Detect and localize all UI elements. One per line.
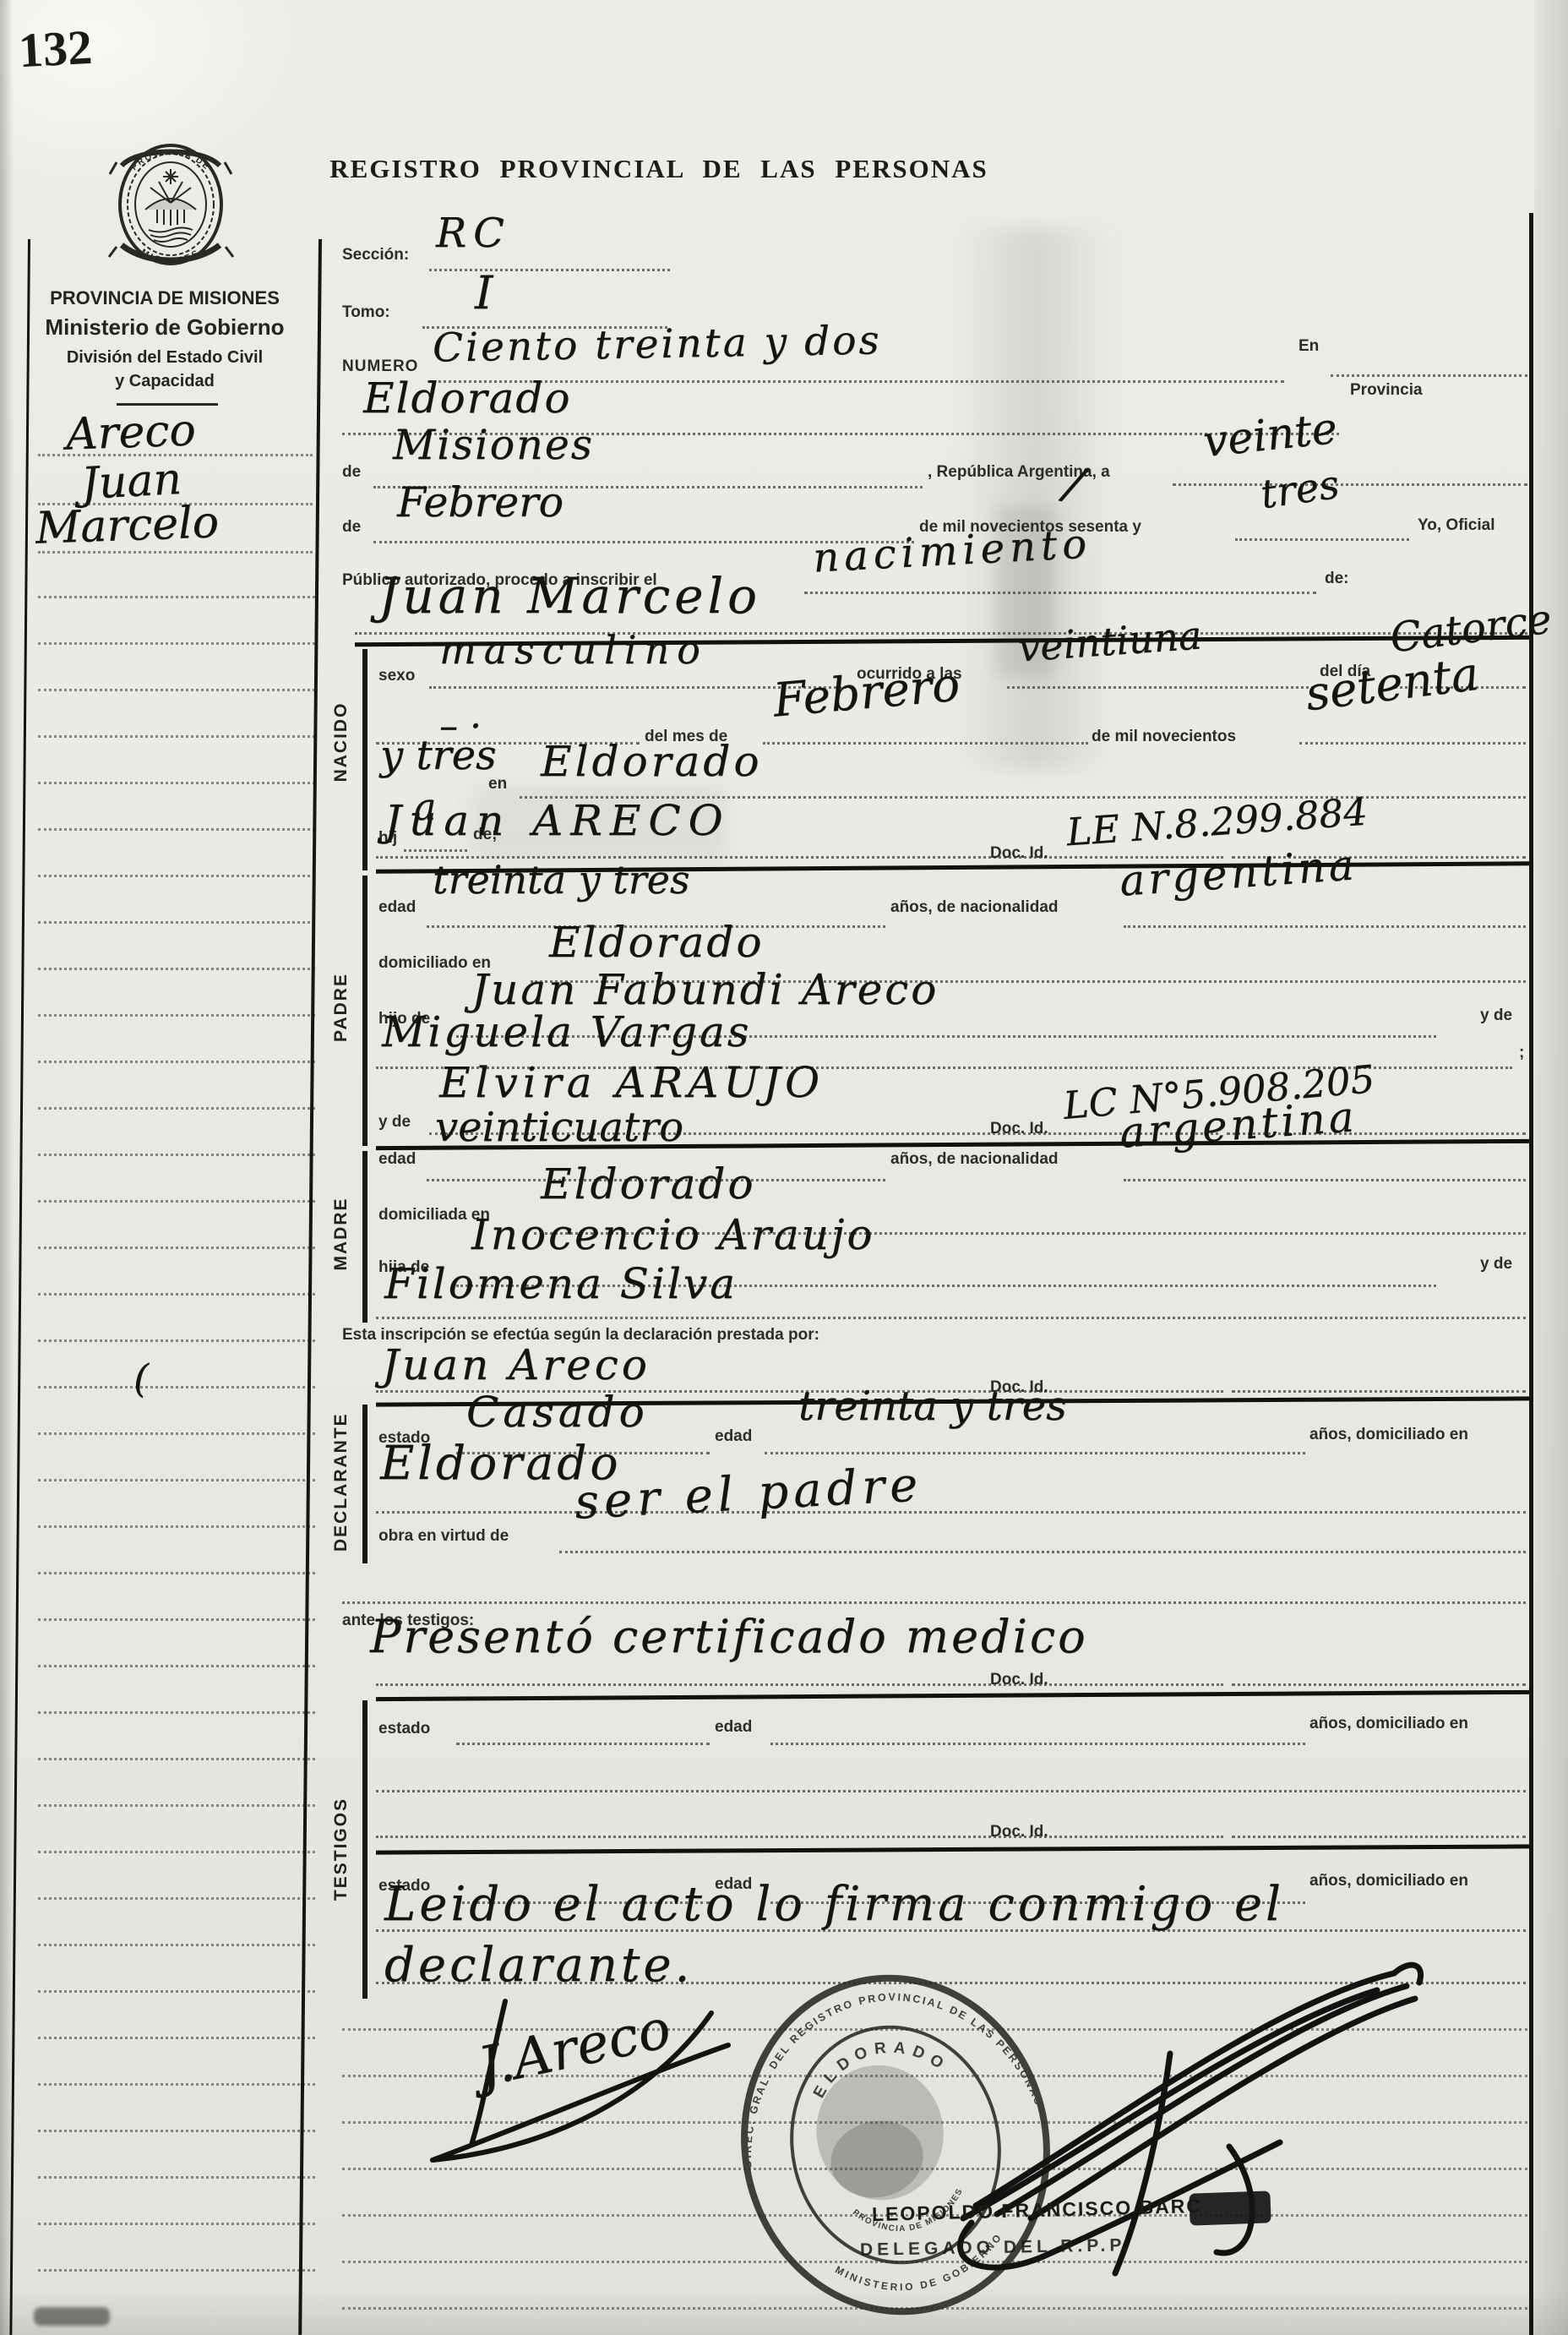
section-testigos: TESTIGOS: [331, 1790, 351, 1908]
ruled-line: [38, 921, 315, 924]
text: PROVINCIA DE: [129, 148, 211, 172]
sidebar-division2: y Capacidad: [25, 372, 304, 391]
dots: [456, 1743, 710, 1745]
declarante-nombre: Juan Areco: [382, 1344, 651, 1386]
dots: [1232, 1390, 1526, 1393]
ruled-line: [38, 1479, 315, 1481]
inscripto-nombre: Juan Marcelo: [378, 571, 761, 620]
labels-y_de: y de: [1480, 1256, 1512, 1272]
hora-value: veintiuna: [1017, 615, 1203, 667]
lugar-value: Eldorado: [363, 377, 571, 419]
seal-bottom-text: MISIONES: [139, 247, 203, 266]
ruled-line: [38, 1293, 315, 1296]
abuela-materna: Filomena Silva: [384, 1263, 738, 1305]
labels-doc_id: Doc. Id.: [990, 845, 1048, 861]
ruled-line: [38, 1897, 315, 1900]
dots: [1007, 686, 1314, 689]
labels-estado: estado: [378, 1721, 430, 1737]
section-declarante: DECLARANTE: [331, 1416, 351, 1552]
labels-de: de: [342, 464, 361, 480]
dots: [1235, 538, 1409, 541]
ruled-line: [38, 1154, 315, 1156]
section-madre: MADRE: [331, 1175, 351, 1293]
bracket-declarante: [362, 1405, 367, 1563]
dots: [404, 849, 467, 852]
ruled-line: [38, 1247, 315, 1249]
section-nacido: NACIDO: [331, 683, 351, 801]
numero-value: Ciento treinta y dos: [433, 320, 882, 368]
sidebar-province: PROVINCIA DE MISIONES: [25, 287, 304, 309]
page-number: 132: [17, 19, 93, 79]
ruled-line: [38, 828, 315, 831]
right-page-border: [1529, 213, 1533, 2335]
mes-value: Febrero: [397, 482, 563, 523]
sexo-value: masculino: [439, 630, 708, 669]
labels-provincia: Provincia: [1350, 382, 1423, 398]
labels-edad: edad: [715, 1719, 752, 1735]
scan-left-edge: [0, 0, 14, 2335]
labels-numero: NUMERO: [342, 358, 418, 374]
dots: [376, 1683, 1223, 1686]
text: MISIONES: [139, 247, 203, 266]
abuela-paterna: Miguela Vargas: [382, 1011, 751, 1053]
dots: [429, 269, 670, 271]
ruled-line: [38, 1711, 315, 1714]
bracket-padre: [362, 876, 367, 1146]
ruled-line: [38, 642, 315, 645]
padre-edad: treinta y tres: [433, 860, 689, 899]
ruled-line: [38, 1804, 315, 1807]
labels-obra: obra en virtud de: [378, 1528, 509, 1544]
labels-y_de: y de: [1480, 1007, 1512, 1023]
labels-tomo: Tomo:: [342, 304, 390, 320]
ruled-line: [38, 1339, 315, 1342]
margin-pen-mark: (: [133, 1359, 149, 1398]
path: [1031, 1999, 1415, 2218]
padre-domicilio: Eldorado: [549, 921, 764, 963]
ruled-line: [38, 2037, 315, 2039]
path: [145, 199, 196, 210]
ruled-line: [38, 596, 315, 598]
sidebar-left-border: [9, 239, 30, 2335]
declarante-edad: treinta y tres: [798, 1386, 1067, 1427]
ruled-line: [38, 1432, 315, 1435]
ruled-line: [38, 735, 315, 738]
mes-nac-value: Febrero: [771, 661, 961, 723]
section-padre: PADRE: [331, 948, 351, 1067]
dots: [376, 1790, 1526, 1792]
ruled-line: [38, 1665, 315, 1667]
scanned-birth-certificate: 132 REGISTRO PROVINCIAL DE LAS PERSONAS …: [0, 0, 1568, 2335]
ruled-line: [38, 2083, 315, 2086]
ruled-line: [38, 1386, 315, 1388]
dots: [376, 1317, 1526, 1319]
labels-y_de: y de: [378, 1114, 411, 1130]
labels-doc_id: Doc. Id.: [990, 1672, 1048, 1688]
declarante-estado: Casado: [466, 1391, 649, 1433]
lugar-nac-value: Eldorado: [541, 740, 762, 783]
labels-anos_dom: años, domiciliado en: [1309, 1873, 1468, 1889]
ruled-line: [38, 1525, 315, 1528]
ruled-line: [38, 2130, 315, 2132]
rule-testigos2: [376, 1844, 1529, 1854]
labels-de2: de:: [1325, 570, 1349, 586]
labels-en: En: [1298, 338, 1319, 354]
sidebar-ministry: Ministerio de Gobierno: [21, 314, 308, 341]
dots: [763, 742, 1088, 745]
labels-sexo: sexo: [378, 668, 415, 684]
labels-doc_id: Doc. Id.: [990, 1121, 1048, 1137]
dia-value: veinte: [1201, 407, 1339, 464]
dots: [342, 1601, 1526, 1604]
seal-top-text: PROVINCIA DE: [129, 148, 211, 172]
rule-testigos1: [376, 1690, 1529, 1701]
coat-of-arms-icon: PROVINCIA DE MISIONES: [106, 135, 235, 277]
declarante-obra: ser el padre: [574, 1461, 924, 1527]
labels-doc_id: Doc. Id.: [990, 1824, 1048, 1840]
labels-edad: edad: [378, 899, 416, 915]
labels-yo_oficial: Yo, Oficial: [1418, 517, 1495, 533]
path: [1394, 1965, 1421, 1983]
ruled-line: [38, 1618, 315, 1621]
dots: [1331, 374, 1527, 377]
g: [961, 1965, 1421, 2273]
dots: [1173, 483, 1527, 486]
labels-anos_dom: años, domiciliado en: [1309, 1716, 1468, 1732]
ruled-line: [38, 1107, 315, 1110]
ruled-line: [38, 1200, 315, 1203]
anio-value: tres: [1258, 465, 1342, 516]
labels-anos_dom: años, domiciliado en: [1309, 1427, 1468, 1443]
ruled-line: [38, 875, 315, 877]
provincia-value: Misiones: [393, 424, 594, 466]
madre-nombre: Elvira ARAUJO: [439, 1061, 825, 1104]
anio-nac-value2: y tres: [380, 735, 497, 776]
ruled-line: [38, 2176, 315, 2179]
ruled-line: [38, 782, 315, 784]
cierre-linea1: Leido el acto lo firma conmigo el: [384, 1881, 1284, 1929]
madre-edad: veinticuatro: [435, 1107, 683, 1148]
dots: [1232, 1836, 1526, 1838]
acta-value: nacimiento: [812, 523, 1092, 578]
sidebar-division1: División del Estado Civil: [25, 348, 304, 368]
dots: [765, 1452, 1305, 1454]
ruled-line: [38, 2223, 315, 2225]
scan-mark-bottom-left: [34, 2307, 110, 2326]
path: [149, 228, 193, 243]
tomo-value: I: [475, 270, 493, 316]
labels-de: de: [342, 519, 361, 535]
bracket-testigos: [362, 1700, 367, 1999]
abuelo-materno: Inocencio Araujo: [471, 1214, 874, 1256]
labels-anos_nac: años, de nacionalidad: [890, 899, 1059, 915]
labels-edad: edad: [715, 1428, 752, 1444]
ruled-line: [38, 689, 315, 691]
scan-right-band: [1534, 0, 1568, 2335]
ruled-line: [38, 1851, 315, 1853]
dots: [1124, 925, 1526, 928]
labels-punto_coma: ;: [1519, 1045, 1524, 1061]
ruled-line: [38, 1758, 315, 1760]
padre-nacionalidad: argentina: [1119, 843, 1358, 903]
dots: [376, 1836, 1223, 1838]
ruled-line: [38, 1944, 315, 1946]
ruled-line: [38, 1572, 315, 1574]
ruled-line: [38, 1990, 315, 1993]
ruled-line: [38, 968, 315, 970]
labels-edad: edad: [378, 1151, 416, 1167]
labels-anos_nac: años, de nacionalidad: [890, 1151, 1059, 1167]
dots: [770, 1743, 1305, 1745]
madre-domicilio: Eldorado: [541, 1163, 755, 1205]
dots: [1232, 1683, 1526, 1686]
ruled-line: [38, 1014, 315, 1017]
labels-de_mil: de mil novecientos: [1092, 728, 1236, 745]
seccion-value: RC: [436, 213, 511, 254]
dots: [1299, 742, 1526, 745]
path: [157, 210, 184, 226]
ruled-line: [38, 1061, 315, 1063]
labels-seccion: Sección:: [342, 247, 409, 263]
cierre-linea2: declarante.: [384, 1942, 693, 1989]
path: [163, 169, 178, 184]
official-signature: [917, 1927, 1440, 2290]
dots: [376, 1511, 1526, 1514]
dots: [1124, 1179, 1526, 1181]
anio-nac-value: setenta: [1303, 651, 1481, 718]
margin-given2: Marcelo: [35, 500, 220, 551]
ruled-line: [38, 2269, 315, 2272]
bracket-madre: [362, 1151, 367, 1323]
g: [145, 169, 196, 242]
dots: [559, 1551, 1526, 1553]
testigos-nota: Presentó certificado medico: [370, 1614, 1088, 1660]
bracket-nacido: [362, 649, 367, 870]
dots: [804, 592, 1316, 594]
abuelo-paterno: Juan Fabundi Areco: [471, 968, 939, 1011]
form-title: REGISTRO PROVINCIAL DE LAS PERSONAS: [300, 154, 1018, 184]
margin-surname: Areco: [65, 408, 196, 456]
padre-nombre: Juan ARECO: [384, 799, 731, 842]
